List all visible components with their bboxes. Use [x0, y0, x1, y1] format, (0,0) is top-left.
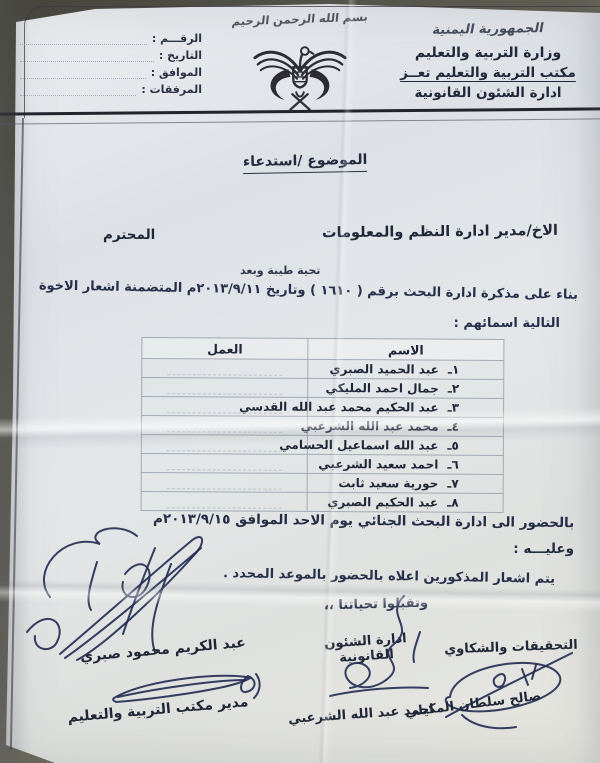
table-row: ٥ـعبد الله اسماعيل الحسامي	[141, 435, 503, 456]
row-name: عبد الحكيم الصبري	[327, 495, 438, 510]
field-date: التاريخ :	[20, 45, 202, 62]
therefore-line: وعليـــه :	[513, 541, 574, 557]
field-attachments-label: المرفقات :	[141, 83, 202, 96]
row-number: ٧ـ	[447, 477, 459, 491]
office-name: مكتب التربية والتعليم تعــز	[384, 63, 592, 83]
row-name: عبد الحميد الصبري	[329, 362, 438, 377]
org-header: الجمهورية اليمنية وزارة التربية والتعليم…	[384, 22, 592, 103]
field-date-line	[20, 50, 154, 62]
header-name: الاسم	[308, 338, 504, 360]
republic-name: الجمهورية اليمنية	[382, 20, 594, 39]
row-work	[142, 359, 308, 379]
field-attachments-line	[20, 84, 136, 96]
reference-fields: الرقـــم : التاريخ : الموافق : المرفقات …	[20, 28, 202, 96]
row-number: ١ـ	[448, 363, 460, 377]
row-number: ٨ـ	[447, 496, 459, 510]
table-row: ٢ـجمال احمد المليكي	[142, 378, 504, 399]
table-row: ٨ـعبد الحكيم الصبري	[141, 492, 503, 513]
row-number: ٤ـ	[448, 420, 460, 434]
table-row: ٦ـاحمد سعيد الشرعبي	[141, 454, 503, 475]
greeting: تحية طيبة وبعد	[240, 264, 320, 277]
field-corresponding: الموافق :	[20, 62, 202, 79]
row-work	[142, 378, 308, 398]
addressee: الاخ/مدير ادارة النظم والمعلومات	[322, 223, 558, 241]
row-number: ٣ـ	[448, 401, 460, 415]
field-number-line	[20, 33, 147, 45]
table-row: ٧ـحورية سعيد ثابت	[141, 473, 503, 494]
field-number: الرقـــم :	[20, 28, 202, 45]
department-name: ادارة الشئون القانونية	[384, 83, 592, 103]
table-row: ٤ـمحمد عبد الله الشرعبي	[141, 416, 503, 437]
header-work: العمل	[142, 338, 308, 360]
row-name: محمد عبد الله الشرعبي	[301, 419, 439, 434]
row-work	[141, 416, 307, 436]
field-attachments: المرفقات :	[20, 79, 202, 96]
field-corresponding-line	[20, 67, 146, 79]
subject-line: الموضوع /استدعاء	[243, 152, 368, 174]
ministry-name: وزارة التربية والتعليم	[384, 43, 592, 63]
row-name: احمد سعيد الشرعبي	[318, 457, 438, 472]
row-number: ٦ـ	[447, 458, 459, 472]
field-number-label: الرقـــم :	[152, 32, 202, 45]
field-date-label: التاريخ :	[159, 49, 202, 62]
field-corresponding-label: الموافق :	[151, 66, 202, 79]
row-name: عبد الحكيم محمد عبد الله القدسي	[239, 400, 439, 415]
row-work	[141, 473, 307, 493]
table-row: ٣ـعبد الحكيم محمد عبد الله القدسي	[142, 397, 504, 418]
row-name: حورية سعيد ثابت	[338, 476, 438, 491]
honorific: المحترم	[103, 227, 155, 243]
sig-middle-scribble	[320, 592, 440, 716]
table-header-row: الاسم العمل	[142, 338, 504, 361]
names-table: الاسم العمل ١ـعبد الحميد الصبري ٢ـجمال ا…	[141, 337, 505, 513]
row-number: ٢ـ	[448, 382, 460, 396]
scanned-letter-photo: الرقـــم : التاريخ : الموافق : المرفقات …	[0, 0, 600, 763]
row-work	[141, 492, 307, 512]
row-work	[141, 454, 307, 474]
body-line-2: التالية اسمائهم :	[454, 316, 560, 331]
row-number: ٥ـ	[447, 439, 459, 453]
yemen-eagle-emblem-icon	[252, 38, 348, 116]
row-name: جمال احمد المليكي	[325, 381, 438, 396]
table-row: ١ـعبد الحميد الصبري	[142, 359, 504, 380]
row-name: عبد الله اسماعيل الحسامي	[279, 438, 438, 453]
